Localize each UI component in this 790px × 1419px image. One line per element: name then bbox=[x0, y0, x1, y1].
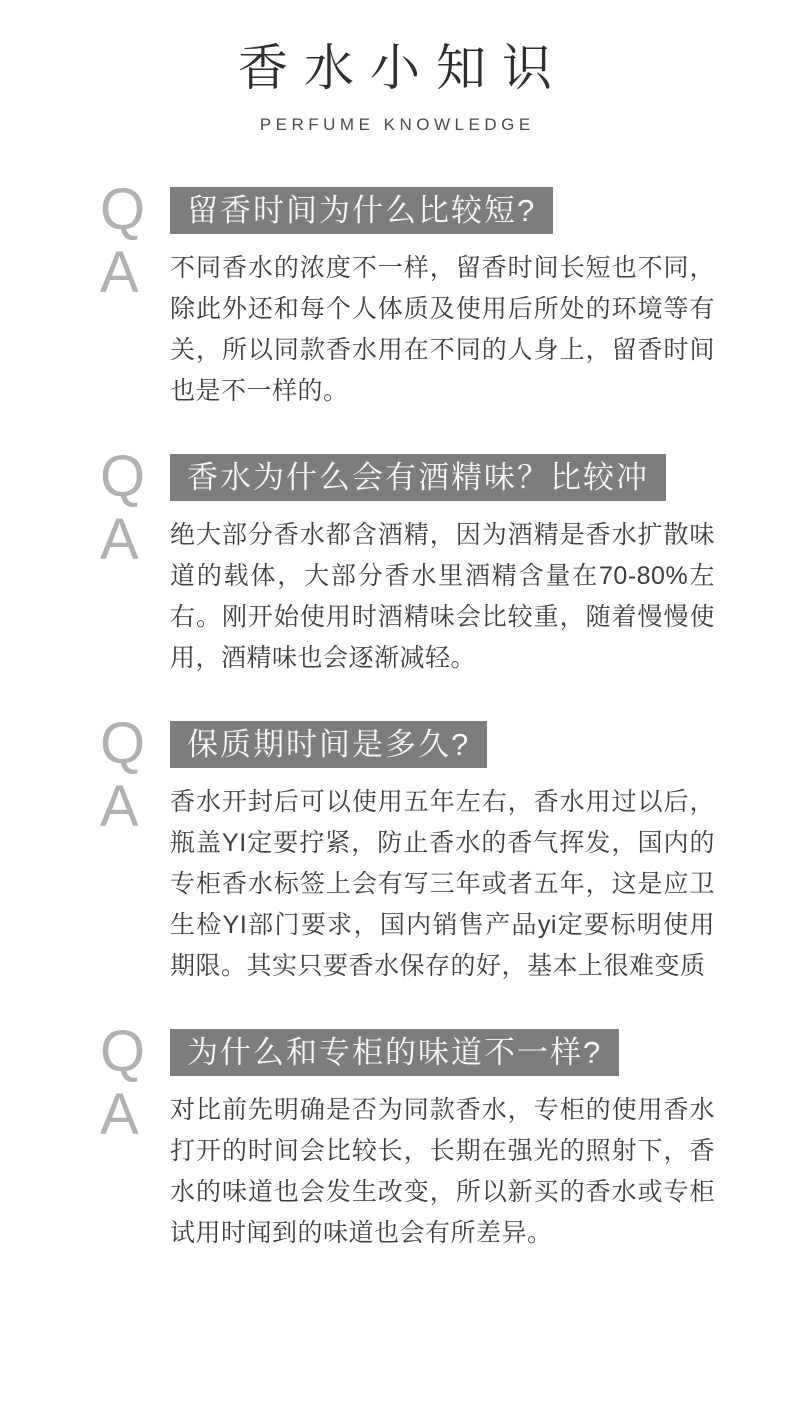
answer-text: 绝大部分香水都含酒精，因为酒精是香水扩散味道的载体，大部分香水里酒精含量在70-… bbox=[170, 515, 715, 679]
q-letter: Q bbox=[100, 1023, 170, 1081]
qa-section-counter-difference: Q 为什么和专柜的味道不一样? A 对比前先明确是否为同款香水，专柜的使用香水打… bbox=[0, 1029, 790, 1254]
question-banner: 香水为什么会有酒精味？比较冲 bbox=[170, 454, 666, 501]
perfume-knowledge-page: 香水小知识 PERFUME KNOWLEDGE Q 留香时间为什么比较短? A … bbox=[0, 0, 790, 1419]
answer-row: A 香水开封后可以使用五年左右，香水用过以后，瓶盖YI定要拧紧，防止香水的香气挥… bbox=[100, 782, 790, 987]
answer-text: 香水开封后可以使用五年左右，香水用过以后，瓶盖YI定要拧紧，防止香水的香气挥发，… bbox=[170, 782, 715, 987]
question-banner: 留香时间为什么比较短? bbox=[170, 187, 553, 234]
answer-row: A 绝大部分香水都含酒精，因为酒精是香水扩散味道的载体，大部分香水里酒精含量在7… bbox=[100, 515, 790, 679]
page-subtitle: PERFUME KNOWLEDGE bbox=[0, 115, 790, 135]
page-title: 香水小知识 bbox=[0, 28, 790, 100]
q-letter: Q bbox=[100, 181, 170, 239]
q-letter: Q bbox=[100, 715, 170, 773]
qa-section-shelf-life: Q 保质期时间是多久? A 香水开封后可以使用五年左右，香水用过以后，瓶盖YI定… bbox=[0, 721, 790, 987]
answer-row: A 对比前先明确是否为同款香水，专柜的使用香水打开的时间会比较长，长期在强光的照… bbox=[100, 1090, 790, 1254]
q-letter: Q bbox=[100, 448, 170, 506]
header: 香水小知识 PERFUME KNOWLEDGE bbox=[0, 0, 790, 135]
qa-section-retention-time: Q 留香时间为什么比较短? A 不同香水的浓度不一样，留香时间长短也不同，除此外… bbox=[0, 187, 790, 412]
question-banner: 为什么和专柜的味道不一样? bbox=[170, 1029, 619, 1076]
answer-text: 对比前先明确是否为同款香水，专柜的使用香水打开的时间会比较长，长期在强光的照射下… bbox=[170, 1090, 715, 1254]
answer-text: 不同香水的浓度不一样，留香时间长短也不同，除此外还和每个人体质及使用后所处的环境… bbox=[170, 248, 715, 412]
question-row: Q 香水为什么会有酒精味？比较冲 bbox=[100, 454, 790, 506]
a-letter: A bbox=[100, 1086, 170, 1144]
answer-row: A 不同香水的浓度不一样，留香时间长短也不同，除此外还和每个人体质及使用后所处的… bbox=[100, 248, 790, 412]
question-banner: 保质期时间是多久? bbox=[170, 721, 487, 768]
question-row: Q 为什么和专柜的味道不一样? bbox=[100, 1029, 790, 1081]
question-row: Q 保质期时间是多久? bbox=[100, 721, 790, 773]
a-letter: A bbox=[100, 511, 170, 569]
qa-section-alcohol-smell: Q 香水为什么会有酒精味？比较冲 A 绝大部分香水都含酒精，因为酒精是香水扩散味… bbox=[0, 454, 790, 679]
question-row: Q 留香时间为什么比较短? bbox=[100, 187, 790, 239]
a-letter: A bbox=[100, 778, 170, 836]
qa-list: Q 留香时间为什么比较短? A 不同香水的浓度不一样，留香时间长短也不同，除此外… bbox=[0, 187, 790, 1254]
a-letter: A bbox=[100, 244, 170, 302]
